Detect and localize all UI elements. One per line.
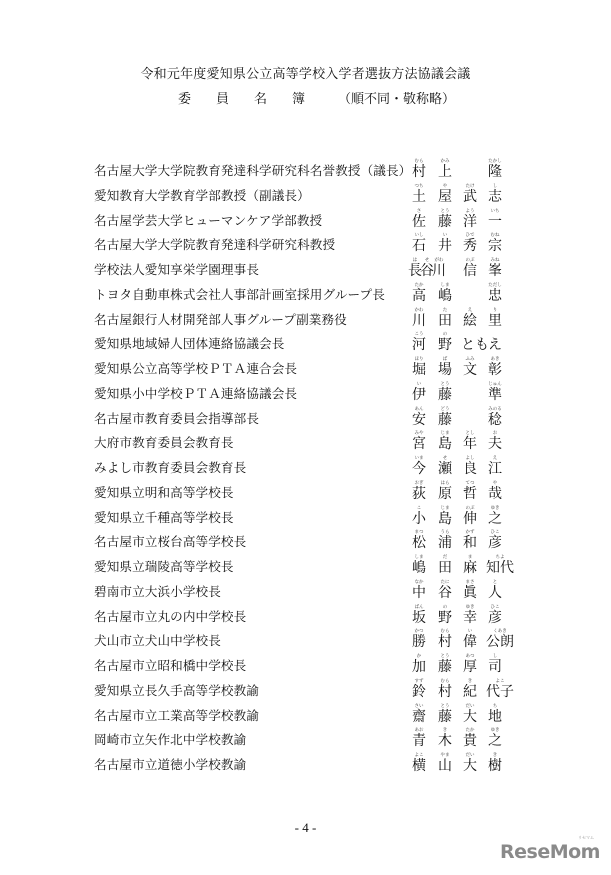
name-character: とう藤 [436, 208, 454, 230]
name-character: くあき公朗 [486, 628, 514, 650]
name-character: ひこ彦 [486, 529, 504, 551]
kanji: 野 [436, 337, 454, 353]
name-character: ふみ文 [461, 356, 479, 378]
furigana: ひこ [487, 530, 503, 535]
kanji: 文 [461, 362, 479, 378]
furigana: いま [411, 455, 427, 460]
member-name: こう河の野ともえ [410, 331, 510, 353]
kanji: 代子 [486, 684, 514, 700]
member-name: たか高しま嶋ただし忠 [410, 282, 510, 304]
kanji: 原 [436, 486, 454, 502]
member-organization: 大府市教育委員会教育長 [94, 432, 234, 451]
kanji: 良 [461, 461, 479, 477]
member-name: いし石い井ひで秀むね宗 [410, 232, 510, 254]
kanji: 鈴 [410, 684, 428, 700]
name-character: ゆき之 [486, 727, 504, 749]
name-character: こう河 [410, 331, 428, 353]
kanji: 藤 [436, 387, 454, 403]
kanji: 之 [486, 733, 504, 749]
name-character: ほり堀 [410, 356, 428, 378]
furigana: と [487, 579, 503, 584]
name-character: やま山 [436, 752, 454, 774]
name-character: せ瀬 [436, 455, 454, 477]
name-character: だ田 [436, 554, 454, 576]
member-name: い伊とう藤じゅん準 [410, 381, 510, 403]
furigana: しま [411, 554, 427, 559]
kanji: 準 [486, 387, 504, 403]
kanji: 瀬 [436, 461, 454, 477]
subtitle-word: 員 [216, 88, 254, 107]
member-name: か加とう藤あつ厚し司 [410, 653, 510, 675]
kanji: え [486, 337, 504, 353]
kanji: 藤 [436, 709, 454, 725]
name-character: ただし忠 [486, 282, 504, 304]
subtitle-word: 委 [178, 88, 216, 107]
name-character: のぶ伸 [461, 505, 479, 527]
name-character: おぎ荻 [410, 480, 428, 502]
furigana: かわ [411, 307, 427, 312]
name-character: すず鈴 [410, 678, 428, 700]
member-name: かつ勝むら村い偉くあき公朗 [410, 628, 510, 650]
kanji: 隆 [486, 164, 504, 180]
name-character: とう藤 [436, 653, 454, 675]
name-character: むら村 [436, 678, 454, 700]
name-character: お夫 [486, 430, 504, 452]
furigana: つち [411, 183, 427, 188]
member-row: 愛知県立長久手高等学校教諭すず鈴むら村き紀よこ代子 [94, 678, 514, 703]
name-character: よし良 [461, 455, 479, 477]
name-character: じま島 [436, 430, 454, 452]
member-row: 名古屋銀行人材開発部人事グループ副業務役かわ川た田え絵り里 [94, 307, 514, 332]
name-character: え絵 [461, 307, 479, 329]
member-organization: 名古屋市立昭和橋中学校長 [94, 655, 246, 674]
kanji: 嶋 [410, 560, 428, 576]
furigana: や [487, 480, 503, 485]
kanji: 彦 [486, 610, 504, 626]
kanji: 樹 [486, 758, 504, 774]
furigana: みね [487, 257, 503, 262]
member-name: つち土や屋たけ武し志 [410, 183, 510, 205]
name-character: よこ代子 [486, 678, 514, 700]
name-character: い偉 [461, 628, 479, 650]
furigana: ちよ [487, 554, 512, 559]
name-character: き紀 [461, 678, 479, 700]
member-row: みよし市教育委員会教育長いま今せ瀬よし良え江 [94, 455, 514, 480]
furigana: ゆき [487, 728, 503, 733]
kanji: 井 [436, 238, 454, 254]
name-character: しま嶋 [436, 282, 454, 304]
member-organization: 名古屋市立丸の内中学校長 [94, 606, 246, 625]
kanji: 公朗 [486, 634, 514, 650]
member-name: むら村かみ上たかし隆 [410, 158, 510, 180]
member-organization: トヨタ自動車株式会社人事部計画室採用グループ長 [94, 284, 385, 303]
name-character: とう藤 [436, 381, 454, 403]
kanji: 武 [461, 189, 479, 205]
member-organization: 愛知県小中学校ＰＴＡ連絡協議会長 [94, 383, 297, 402]
member-name: まつ松うら浦かず和ひこ彦 [410, 529, 510, 551]
furigana: がわ [433, 257, 446, 262]
name-character: たか貴 [461, 727, 479, 749]
name-character: かず和 [461, 529, 479, 551]
name-character: ま麻 [461, 554, 479, 576]
member-row: 名古屋市立桜台高等学校長まつ松うら浦かず和ひこ彦 [94, 529, 514, 554]
kanji: 谷 [436, 585, 454, 601]
member-organization: 名古屋市立工業高等学校教諭 [94, 705, 259, 724]
furigana: とし [462, 431, 478, 436]
furigana: き [462, 678, 478, 683]
kanji: 地 [486, 709, 504, 725]
name-character: よこ横 [410, 752, 428, 774]
member-organization: 碧南市立大浜小学校長 [94, 581, 221, 600]
name-character: ゆき幸 [461, 604, 479, 626]
name-character: だい大 [461, 703, 479, 725]
name-character: こ小 [410, 505, 428, 527]
furigana: かみ [437, 158, 453, 163]
kanji: 宮 [410, 436, 428, 452]
member-organization: 愛知県立長久手高等学校教諭 [94, 680, 259, 699]
furigana: よこ [411, 752, 427, 757]
name-character: い井 [436, 232, 454, 254]
kanji: 野 [436, 610, 454, 626]
name-character: の野 [436, 331, 454, 353]
furigana: り [487, 307, 503, 312]
furigana: たか [411, 282, 427, 287]
kanji: 厚 [461, 659, 479, 675]
kanji: 松 [410, 535, 428, 551]
furigana: のぶ [462, 257, 478, 262]
kanji: 村 [436, 634, 454, 650]
name-character: たかし隆 [486, 158, 504, 180]
subtitle-note: （順不同・敬称略） [338, 88, 455, 107]
name-character: ばん坂 [410, 604, 428, 626]
member-row: 名古屋大学大学院教育発達科学研究科教授いし石い井ひで秀むね宗 [94, 232, 514, 257]
name-character: のぶ信 [461, 257, 479, 279]
kanji: 紀 [461, 684, 479, 700]
resemom-logo: ReseMom [500, 841, 600, 863]
member-name: いま今せ瀬よし良え江 [410, 455, 510, 477]
name-character: え [486, 331, 504, 353]
furigana: たけ [462, 183, 478, 188]
furigana: いち [487, 208, 503, 213]
member-organization: 犬山市立犬山中学校長 [94, 630, 221, 649]
member-organization: 岡崎市立矢作北中学校教諭 [94, 729, 246, 748]
kanji: 江 [486, 461, 504, 477]
name-character: さい齋 [410, 703, 428, 725]
furigana: くあき [487, 629, 512, 634]
kanji: 彦 [486, 535, 504, 551]
furigana: だい [462, 752, 478, 757]
name-character: よう洋 [461, 208, 479, 230]
name-character: じゅん準 [486, 381, 504, 403]
kanji: 嶋 [436, 288, 454, 304]
furigana: や [437, 183, 453, 188]
furigana: し [487, 653, 503, 658]
name-character: とう藤 [436, 703, 454, 725]
kanji: 大 [461, 709, 479, 725]
furigana: ち [487, 703, 503, 708]
name-character: り里 [486, 307, 504, 329]
kanji: 佐 [410, 214, 428, 230]
name-character: と人 [486, 579, 504, 601]
kanji: 小 [410, 511, 428, 527]
furigana: みや [411, 431, 427, 436]
member-name: みや宮じま島とし年お夫 [410, 430, 510, 452]
member-row: 名古屋学芸大学ヒューマンケア学部教授さ佐とう藤よう洋いち一 [94, 208, 514, 233]
kanji: とも [461, 337, 489, 353]
member-organization: 愛知県地域婦人団体連絡協議会長 [94, 333, 284, 352]
furigana: てつ [462, 480, 478, 485]
member-organization: 名古屋市立道徳小学校教諭 [94, 754, 246, 773]
kanji: 屋 [436, 189, 454, 205]
furigana: むら [437, 678, 453, 683]
kanji: 伸 [461, 511, 479, 527]
member-organization: 愛知県立千種高等学校長 [94, 507, 234, 526]
kanji: 島 [436, 436, 454, 452]
kanji: 土 [410, 189, 428, 205]
member-name: すず鈴むら村き紀よこ代子 [410, 678, 510, 700]
kanji: 知代 [486, 560, 514, 576]
member-row: 犬山市立犬山中学校長かつ勝むら村い偉くあき公朗 [94, 628, 514, 653]
furigana: のぶ [462, 505, 478, 510]
kanji: 秀 [461, 238, 479, 254]
name-character: みや宮 [410, 430, 428, 452]
furigana: ばん [411, 604, 427, 609]
kanji: 人 [486, 585, 504, 601]
member-name: は長せ谷がわ川のぶ信みね峯 [410, 257, 510, 279]
name-character: いし石 [410, 232, 428, 254]
kanji: 坂 [410, 610, 428, 626]
name-character: いち一 [486, 208, 504, 230]
name-character: ば場 [436, 356, 454, 378]
kanji: 高 [410, 288, 428, 304]
name-character: かつ勝 [410, 628, 428, 650]
kanji: 川 [432, 263, 446, 279]
furigana: とう [437, 208, 453, 213]
name-character: みのる稔 [486, 406, 504, 428]
furigana: ふみ [462, 356, 478, 361]
kanji: 志 [486, 189, 504, 205]
name-character: むね宗 [486, 232, 504, 254]
name-character: はら原 [436, 480, 454, 502]
furigana: よう [462, 208, 478, 213]
member-row: 名古屋市立道徳小学校教諭よこ横やま山だい大き樹 [94, 752, 514, 777]
name-character: かわ川 [410, 307, 428, 329]
furigana: いし [411, 233, 427, 238]
kanji: 忠 [486, 288, 504, 304]
furigana: ひこ [487, 604, 503, 609]
furigana: だ [437, 554, 453, 559]
furigana: さい [411, 703, 427, 708]
name-character: ひこ彦 [486, 604, 504, 626]
kanji: 山 [436, 758, 454, 774]
furigana: の [437, 332, 453, 337]
member-row: 名古屋大学大学院教育発達科学研究科名誉教授（議長）むら村かみ上たかし隆 [94, 158, 514, 183]
member-row: 名古屋市立丸の内中学校長ばん坂の野ゆき幸ひこ彦 [94, 604, 514, 629]
name-character: むら村 [410, 158, 428, 180]
member-row: 愛知県小中学校ＰＴＡ連絡協議会長い伊とう藤じゅん準 [94, 381, 514, 406]
furigana: どう [437, 406, 453, 411]
member-name: なか中たに谷まさ眞と人 [410, 579, 510, 601]
name-character: まさ眞 [461, 579, 479, 601]
name-character: なか中 [410, 579, 428, 601]
kanji: 藤 [436, 412, 454, 428]
furigana: い [437, 233, 453, 238]
name-character: てつ哲 [461, 480, 479, 502]
furigana: い [411, 381, 427, 386]
member-name: ほり堀ば場ふみ文あき彰 [410, 356, 510, 378]
member-list: 名古屋大学大学院教育発達科学研究科名誉教授（議長）むら村かみ上たかし隆愛知教育大… [94, 158, 514, 777]
furigana: ば [437, 356, 453, 361]
furigana: まさ [462, 579, 478, 584]
name-character: むら村 [436, 628, 454, 650]
kanji: 年 [461, 436, 479, 452]
furigana: ま [462, 554, 478, 559]
name-character: き木 [436, 727, 454, 749]
name-character: たか高 [410, 282, 428, 304]
name-character: し志 [486, 183, 504, 205]
kanji: 藤 [436, 659, 454, 675]
name-character: あん安 [410, 406, 428, 428]
kanji: 青 [410, 733, 428, 749]
name-character: ひで秀 [461, 232, 479, 254]
member-organization: 愛知県立明和高等学校長 [94, 482, 234, 501]
kanji: 里 [486, 313, 504, 329]
name-character: とし年 [461, 430, 479, 452]
name-character: の野 [436, 604, 454, 626]
furigana: はら [437, 480, 453, 485]
furigana: こう [411, 332, 427, 337]
kanji: 幸 [461, 610, 479, 626]
kanji: 和 [461, 535, 479, 551]
member-row: 碧南市立大浜小学校長なか中たに谷まさ眞と人 [94, 579, 514, 604]
furigana: し [487, 183, 503, 188]
name-character: あお青 [410, 727, 428, 749]
kanji: 信 [461, 263, 479, 279]
member-row: 名古屋市教育委員会指導部長あん安どう藤みのる稔 [94, 406, 514, 431]
member-organization: 愛知県公立高等学校ＰＴＡ連合会長 [94, 358, 297, 377]
member-name: かわ川た田え絵り里 [410, 307, 510, 329]
member-name: よこ横やま山だい大き樹 [410, 752, 510, 774]
subtitle-word: 名 [254, 88, 292, 107]
furigana: しま [437, 282, 453, 287]
furigana: うら [437, 530, 453, 535]
subtitle-word: 簿 [292, 88, 330, 107]
furigana [462, 332, 487, 337]
kanji: 彰 [486, 362, 504, 378]
member-row: 愛知県立千種高等学校長こ小じま島のぶ伸ゆき之 [94, 505, 514, 530]
kanji: 村 [410, 164, 428, 180]
member-organization: みよし市教育委員会教育長 [94, 457, 246, 476]
member-row: トヨタ自動車株式会社人事部計画室採用グループ長たか高しま嶋ただし忠 [94, 282, 514, 307]
kanji: 川 [410, 313, 428, 329]
name-character: まつ松 [410, 529, 428, 551]
kanji: 田 [436, 560, 454, 576]
furigana: とう [437, 653, 453, 658]
furigana: たかし [487, 158, 503, 163]
member-row: 名古屋市立昭和橋中学校長か加とう藤あつ厚し司 [94, 653, 514, 678]
kanji: 場 [436, 362, 454, 378]
furigana: ほり [411, 356, 427, 361]
member-name: ばん坂の野ゆき幸ひこ彦 [410, 604, 510, 626]
name-character: うら浦 [436, 529, 454, 551]
furigana: じま [437, 431, 453, 436]
document-title: 令和元年度愛知県公立高等学校入学者選抜方法協議会議 [0, 63, 611, 82]
member-organization: 名古屋大学大学院教育発達科学研究科名誉教授（議長） [94, 160, 411, 179]
name-character: かみ上 [436, 158, 454, 180]
furigana: せ [437, 455, 453, 460]
name-character: どう藤 [436, 406, 454, 428]
furigana: みのる [487, 406, 503, 411]
furigana: ひで [462, 233, 478, 238]
furigana: あお [411, 728, 427, 733]
resemom-logo-ruby: リセマム [578, 835, 594, 841]
kanji: 加 [410, 659, 428, 675]
kanji: 司 [486, 659, 504, 675]
name-character: ち地 [486, 703, 504, 725]
member-name: おぎ荻はら原てつ哲や哉 [410, 480, 510, 502]
member-row: 愛知教育大学教育学部教授（副議長）つち土や屋たけ武し志 [94, 183, 514, 208]
furigana: じゅん [487, 381, 503, 386]
furigana: あん [411, 406, 427, 411]
member-row: 愛知県立瑞陵高等学校長しま嶋だ田ま麻ちよ知代 [94, 554, 514, 579]
member-row: 学校法人愛知享栄学園理事長は長せ谷がわ川のぶ信みね峯 [94, 257, 514, 282]
member-row: 愛知県立明和高等学校長おぎ荻はら原てつ哲や哉 [94, 480, 514, 505]
kanji: 堀 [410, 362, 428, 378]
name-character: だい大 [461, 752, 479, 774]
kanji: 貴 [461, 733, 479, 749]
name-character: や哉 [486, 480, 504, 502]
furigana: き [487, 752, 503, 757]
member-row: 愛知県公立高等学校ＰＴＡ連合会長ほり堀ば場ふみ文あき彰 [94, 356, 514, 381]
furigana: じま [437, 505, 453, 510]
member-row: 岡崎市立矢作北中学校教諭あお青き木たか貴ゆき之 [94, 727, 514, 752]
member-organization: 学校法人愛知享栄学園理事長 [94, 259, 259, 278]
kanji: 伊 [410, 387, 428, 403]
name-character: とも [461, 331, 489, 353]
member-organization: 愛知県立瑞陵高等学校長 [94, 556, 234, 575]
kanji: 勝 [410, 634, 428, 650]
member-row: 愛知県地域婦人団体連絡協議会長こう河の野ともえ [94, 331, 514, 356]
document-subtitle: 委 員 名 簿 （順不同・敬称略） [178, 88, 455, 107]
member-name: あお青き木たか貴ゆき之 [410, 727, 510, 749]
kanji: 木 [436, 733, 454, 749]
member-name: さ佐とう藤よう洋いち一 [410, 208, 510, 230]
member-organization: 名古屋銀行人材開発部人事グループ副業務役 [94, 309, 347, 328]
kanji: 夫 [486, 436, 504, 452]
member-row: 名古屋市立工業高等学校教諭さい齋とう藤だい大ち地 [94, 703, 514, 728]
kanji: 村 [436, 684, 454, 700]
member-name: さい齋とう藤だい大ち地 [410, 703, 510, 725]
furigana: とう [437, 381, 453, 386]
furigana: むら [437, 629, 453, 634]
name-character: し司 [486, 653, 504, 675]
furigana: おぎ [411, 480, 427, 485]
kanji: 麻 [461, 560, 479, 576]
kanji: 浦 [436, 535, 454, 551]
name-character: さ佐 [410, 208, 428, 230]
kanji: 之 [486, 511, 504, 527]
furigana: とう [437, 703, 453, 708]
kanji: 洋 [461, 214, 479, 230]
kanji: 藤 [436, 214, 454, 230]
name-character: あき彰 [486, 356, 504, 378]
kanji: 齋 [410, 709, 428, 725]
name-character: や屋 [436, 183, 454, 205]
furigana: ゆき [487, 505, 503, 510]
furigana: かず [462, 530, 478, 535]
name-character: じま島 [436, 505, 454, 527]
furigana: え [487, 455, 503, 460]
